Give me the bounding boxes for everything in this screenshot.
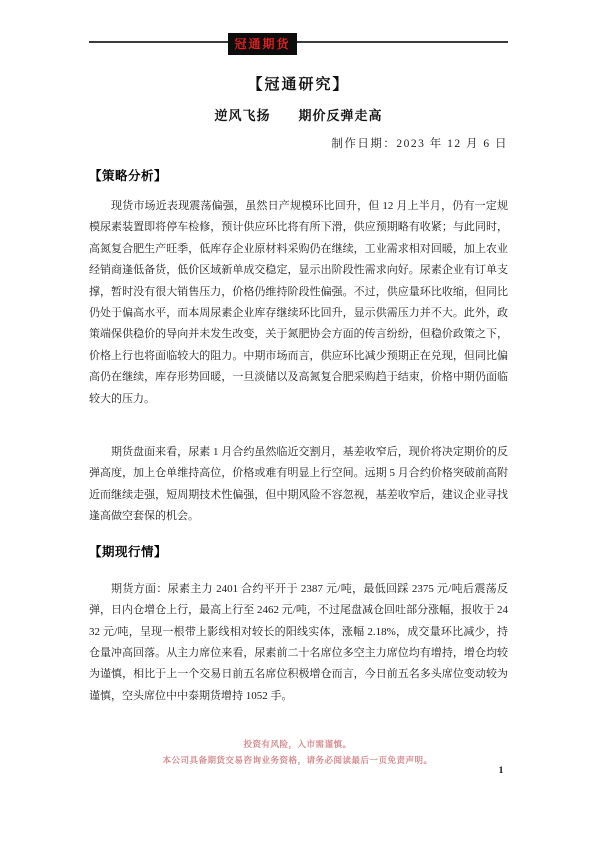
footer-risk-warning: 投资有风险，入市需谨慎。 — [0, 738, 595, 750]
footer-qualification-note: 本公司具备期货交易咨询业务资格，请务必阅读最后一页免责声明。 — [0, 754, 595, 766]
section-heading-strategy: 【策略分析】 — [89, 169, 508, 184]
company-logo: 冠通期货 — [228, 33, 297, 55]
strategy-paragraph-1: 现货市场近表现震荡偏强，虽然日产规模环比回升，但 12 月上半月，仍有一定规模尿… — [89, 196, 508, 410]
report-page: 冠通期货 【冠通研究】 逆风飞扬 期价反弹走高 制作日期：2023 年 12 月… — [0, 0, 595, 842]
report-series-title: 【冠通研究】 — [89, 77, 508, 94]
market-paragraph-1: 期货方面：尿素主力 2401 合约平开于 2387 元/吨，最低回踩 2375 … — [89, 579, 508, 707]
report-body: 【冠通研究】 逆风飞扬 期价反弹走高 制作日期：2023 年 12 月 6 日 … — [89, 0, 508, 707]
section-heading-market: 【期现行情】 — [89, 545, 508, 560]
report-date: 制作日期：2023 年 12 月 6 日 — [89, 137, 508, 152]
footer-disclaimer: 投资有风险，入市需谨慎。 本公司具备期货交易咨询业务资格，请务必阅读最后一页免责… — [0, 738, 595, 766]
company-logo-text: 冠通期货 — [234, 38, 290, 50]
report-title: 逆风飞扬 期价反弹走高 — [89, 108, 508, 124]
page-number: 1 — [494, 766, 508, 776]
strategy-paragraph-2: 期货盘面来看，尿素 1 月合约虽然临近交割月，基差收窄后，现价将决定期价的反弹高… — [89, 442, 508, 528]
